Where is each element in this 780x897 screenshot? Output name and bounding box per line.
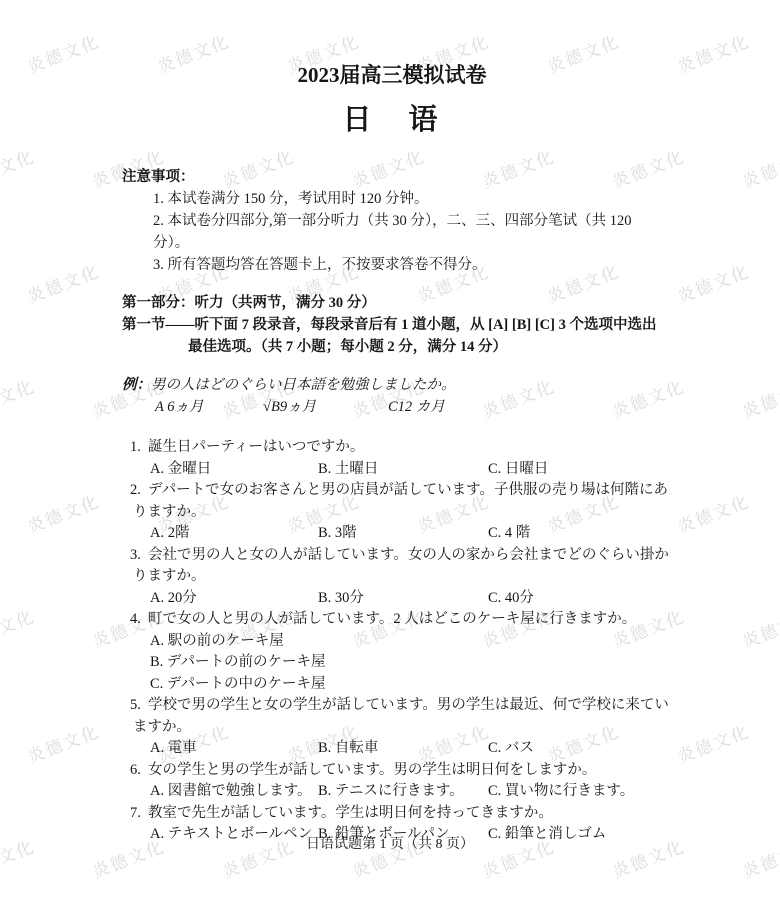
question-text: 6.女の学生と男の学生が話しています。男の学生は明日何をしますか。 [130,760,671,782]
page-footer: 日语试题第 1 页（共 8 页） [0,833,780,853]
option-c: C. 4 階 [488,523,530,545]
question-text: 1.誕生日パーティーはいつですか。 [130,437,671,459]
section1-intro-line2: 最佳选项。（共 7 小题；每小题 2 分，满分 14 分） [122,336,662,358]
question-4-options: A. 駅の前のケーキ屋 B. デパートの前のケーキ屋 C. デパートの中のケーキ… [130,631,662,696]
question-6: 6.女の学生と男の学生が話しています。男の学生は明日何をしますか。 A. 図書館… [130,760,662,803]
option-b: B. デパートの前のケーキ屋 [130,652,662,674]
question-5: 5.学校で男の学生と女の学生が話しています。男の学生は最近、何で学校に来ています… [130,695,662,760]
example-prompt: 例：男の人はどのぐらい日本語を勉強しましたか。 [122,374,662,396]
part1-heading: 第一部分：听力（共两节，满分 30 分） [122,292,662,314]
notice-item-3: 3. 所有答题均答在答题卡上，不按要求答卷不得分。 [122,254,662,276]
option-b: B. 3階 [318,523,488,545]
notice-section: 注意事项： 1. 本试卷满分 150 分，考试用时 120 分钟。 2. 本试卷… [122,166,662,276]
question-number: 7. [130,803,148,825]
option-b: B. 自転車 [318,738,488,760]
option-c: C. 日曜日 [488,459,548,481]
question-text: 3.会社で男の人と女の人が話しています。女の人の家から会社までどのぐらい掛かりま… [130,545,671,588]
question-text: 2.デパートで女のお客さんと男の店員が話しています。子供服の売り場は何階にありま… [130,480,671,523]
question-6-options: A. 図書館で勉強します。 B. テニスに行きます。 C. 買い物に行きます。 [130,781,662,803]
option-a: A. 駅の前のケーキ屋 [130,631,662,653]
option-c: C. 買い物に行きます。 [488,781,634,803]
question-text: 5.学校で男の学生と女の学生が話しています。男の学生は最近、何で学校に来ています… [130,695,671,738]
page-title: 2023届高三模拟试卷 [122,0,662,88]
exam-page-content: 2023届高三模拟试卷 日 语 注意事项： 1. 本试卷满分 150 分，考试用… [0,0,780,846]
question-2-options: A. 2階 B. 3階 C. 4 階 [130,523,662,545]
question-number: 6. [130,760,148,782]
example-options: A 6ヵ月 √B9ヵ月 C12 カ月 [122,396,662,418]
example-option-c: C12 カ月 [388,396,445,418]
notice-item-1: 1. 本试卷满分 150 分，考试用时 120 分钟。 [122,188,662,210]
example-block: 例：男の人はどのぐらい日本語を勉強しましたか。 A 6ヵ月 √B9ヵ月 C12 … [122,374,662,418]
question-4: 4.町で女の人と男の人が話しています。2 人はどこのケーキ屋に行きますか。 A.… [130,609,662,695]
option-a: A. 2階 [150,523,318,545]
question-2: 2.デパートで女のお客さんと男の店員が話しています。子供服の売り場は何階にありま… [130,480,662,545]
question-number: 2. [130,480,148,502]
question-text: 4.町で女の人と男の人が話しています。2 人はどこのケーキ屋に行きますか。 [130,609,671,631]
notice-heading: 注意事项： [122,166,662,188]
question-text: 7.教室で先生が話しています。学生は明日何を持ってきますか。 [130,803,671,825]
option-c: C. デパートの中のケーキ屋 [130,674,662,696]
question-number: 3. [130,545,148,567]
option-b: B. テニスに行きます。 [318,781,488,803]
example-option-b-checked: √B9ヵ月 [263,396,388,418]
question-3-options: A. 20分 B. 30分 C. 40分 [130,588,662,610]
option-a: A. 20分 [150,588,318,610]
option-a: A. 電車 [150,738,318,760]
example-option-a: A 6ヵ月 [155,396,263,418]
notice-item-2: 2. 本试卷分四部分,第一部分听力（共 30 分），二、三、四部分笔试（共 12… [122,210,662,254]
question-1-options: A. 金曜日 B. 土曜日 C. 日曜日 [130,459,662,481]
option-b: B. 30分 [318,588,488,610]
option-c: C. バス [488,738,534,760]
listening-questions: 1.誕生日パーティーはいつですか。 A. 金曜日 B. 土曜日 C. 日曜日 2… [122,437,662,846]
section1-intro-line1: 第一节——听下面 7 段录音，每段录音后有 1 道小题，从 [A] [B] [C… [122,314,662,336]
question-number: 1. [130,437,148,459]
question-number: 4. [130,609,148,631]
option-c: C. 40分 [488,588,534,610]
question-3: 3.会社で男の人と女の人が話しています。女の人の家から会社までどのぐらい掛かりま… [130,545,662,610]
option-b: B. 土曜日 [318,459,488,481]
question-1: 1.誕生日パーティーはいつですか。 A. 金曜日 B. 土曜日 C. 日曜日 [130,437,662,480]
option-a: A. 図書館で勉強します。 [150,781,318,803]
example-question-text: 男の人はどのぐらい日本語を勉強しましたか。 [151,377,456,393]
subject-title: 日 语 [122,104,662,136]
example-label: 例： [122,377,151,393]
option-a: A. 金曜日 [150,459,318,481]
question-5-options: A. 電車 B. 自転車 C. バス [130,738,662,760]
question-number: 5. [130,695,148,717]
